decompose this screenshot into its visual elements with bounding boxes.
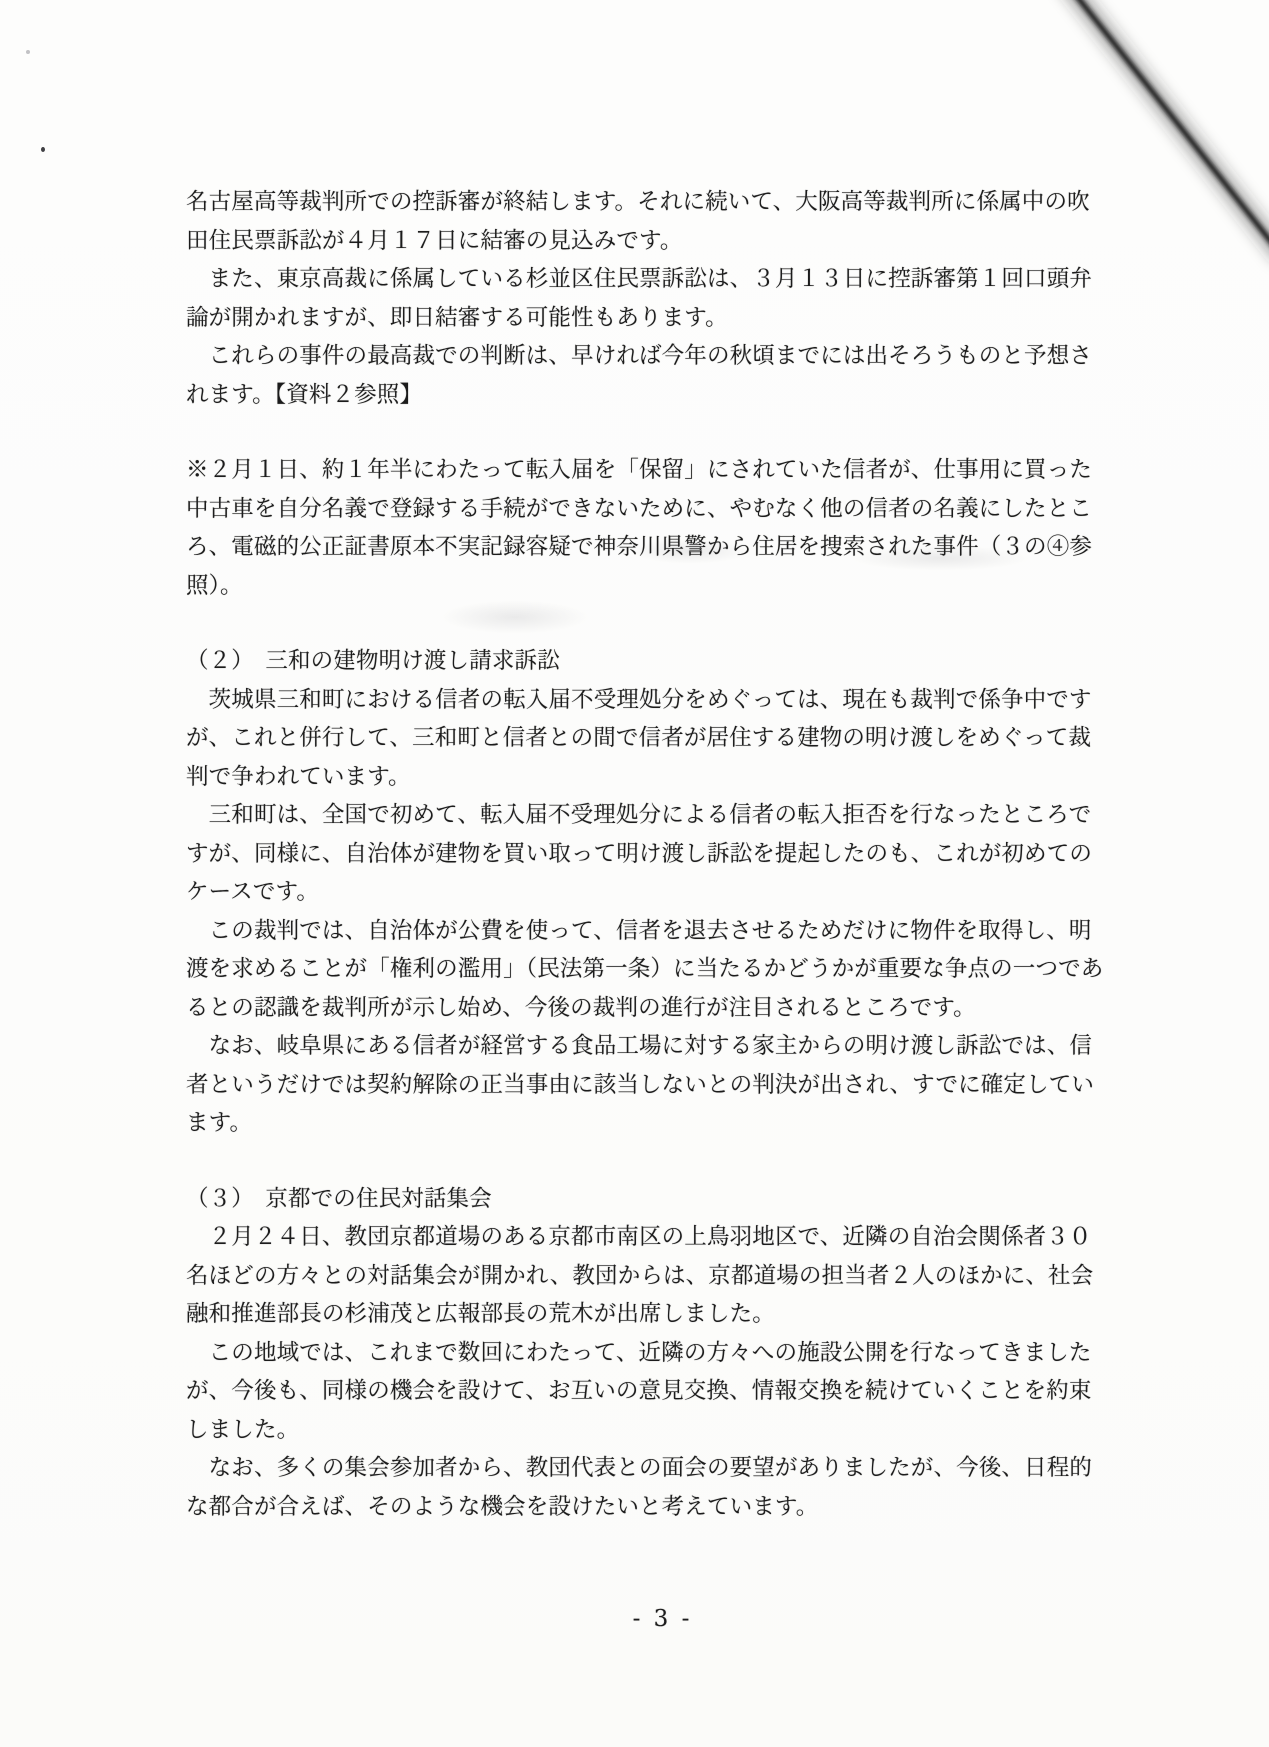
paragraph: ２月２４日、教団京都道場のある京都市南区の上鳥羽地区で、近隣の自治会関係者３０名… [186,1218,1106,1526]
text-line: 田住民票訴訟が４月１７日に結審の見込みです。 [186,222,1106,261]
text-line: ます。 [186,1104,1106,1143]
paragraph: ※２月１日、約１年半にわたって転入届を「保留」にされていた信者が、仕事用に買った… [186,451,1106,605]
text-line: この地域では、これまで数回にわたって、近隣の方々への施設公開を行なってきました [186,1334,1106,1373]
text-line: れます。【資料２参照】 [186,376,1106,415]
text-line: なお、多くの集会参加者から、教団代表との面会の要望がありましたが、今後、日程的 [186,1449,1106,1488]
text-line: ケースです。 [186,873,1106,912]
document-body: 名古屋高等裁判所での控訴審が終結します。それに続いて、大阪高等裁判所に係属中の吹… [186,183,1106,1526]
text-line: ※２月１日、約１年半にわたって転入届を「保留」にされていた信者が、仕事用に買った [186,451,1106,490]
text-line: 融和推進部長の杉浦茂と広報部長の荒木が出席しました。 [186,1295,1106,1334]
text-line: 中古車を自分名義で登録する手続ができないために、やむなく他の信者の名義にしたとこ [186,490,1106,529]
text-line: この裁判では、自治体が公費を使って、信者を退去させるためだけに物件を取得し、明 [186,912,1106,951]
text-line: ろ、電磁的公正証書原本不実記録容疑で神奈川県警から住居を捜索された事件（３の④参 [186,528,1106,567]
text-line: すが、同様に、自治体が建物を買い取って明け渡し訴訟を提起したのも、これが初めての [186,835,1106,874]
text-line: な都合が合えば、そのような機会を設けたいと考えています。 [186,1488,1106,1527]
text-line: 論が開かれますが、即日結審する可能性もあります。 [186,299,1106,338]
scanned-document-page: 名古屋高等裁判所での控訴審が終結します。それに続いて、大阪高等裁判所に係属中の吹… [0,0,1269,1747]
text-line: 判で争われています。 [186,758,1106,797]
text-line: 名古屋高等裁判所での控訴審が終結します。それに続いて、大阪高等裁判所に係属中の吹 [186,183,1106,222]
text-line: なお、岐阜県にある信者が経営する食品工場に対する家主からの明け渡し訴訟では、信 [186,1027,1106,1066]
section-heading: （３） 京都での住民対話集会 [186,1180,1106,1219]
text-line: また、東京高裁に係属している杉並区住民票訴訟は、３月１３日に控訴審第１回口頭弁 [186,260,1106,299]
text-line: 照）。 [186,567,1106,606]
text-line: （２） 三和の建物明け渡し請求訴訟 [186,642,1106,681]
scan-speck [41,147,45,152]
paragraph: 茨城県三和町における信者の転入届不受理処分をめぐっては、現在も裁判で係争中ですが… [186,681,1106,1143]
text-line: 者というだけでは契約解除の正当事由に該当しないとの判決が出され、すでに確定してい [186,1066,1106,1105]
text-line: 三和町は、全国で初めて、転入届不受理処分による信者の転入拒否を行なったところで [186,796,1106,835]
paragraph: 名古屋高等裁判所での控訴審が終結します。それに続いて、大阪高等裁判所に係属中の吹… [186,183,1106,414]
text-line: これらの事件の最高裁での判断は、早ければ今年の秋頃までには出そろうものと予想さ [186,337,1106,376]
page-number: - 3 - [28,1606,1269,1632]
text-line: 渡を求めることが「権利の濫用」（民法第一条）に当たるかどうかが重要な争点の一つで… [186,950,1106,989]
text-line: るとの認識を裁判所が示し始め、今後の裁判の進行が注目されるところです。 [186,989,1106,1028]
text-line: しました。 [186,1411,1106,1450]
section-heading: （２） 三和の建物明け渡し請求訴訟 [186,642,1106,681]
text-line: 名ほどの方々との対話集会が開かれ、教団からは、京都道場の担当者２人のほかに、社会 [186,1257,1106,1296]
text-line: が、今後も、同様の機会を設けて、お互いの意見交換、情報交換を続けていくことを約束 [186,1372,1106,1411]
text-line: 茨城県三和町における信者の転入届不受理処分をめぐっては、現在も裁判で係争中です [186,681,1106,720]
scan-speck [26,50,30,54]
text-line: （３） 京都での住民対話集会 [186,1180,1106,1219]
text-line: が、これと併行して、三和町と信者との間で信者が居住する建物の明け渡しをめぐって裁 [186,719,1106,758]
text-line: ２月２４日、教団京都道場のある京都市南区の上鳥羽地区で、近隣の自治会関係者３０ [186,1218,1106,1257]
